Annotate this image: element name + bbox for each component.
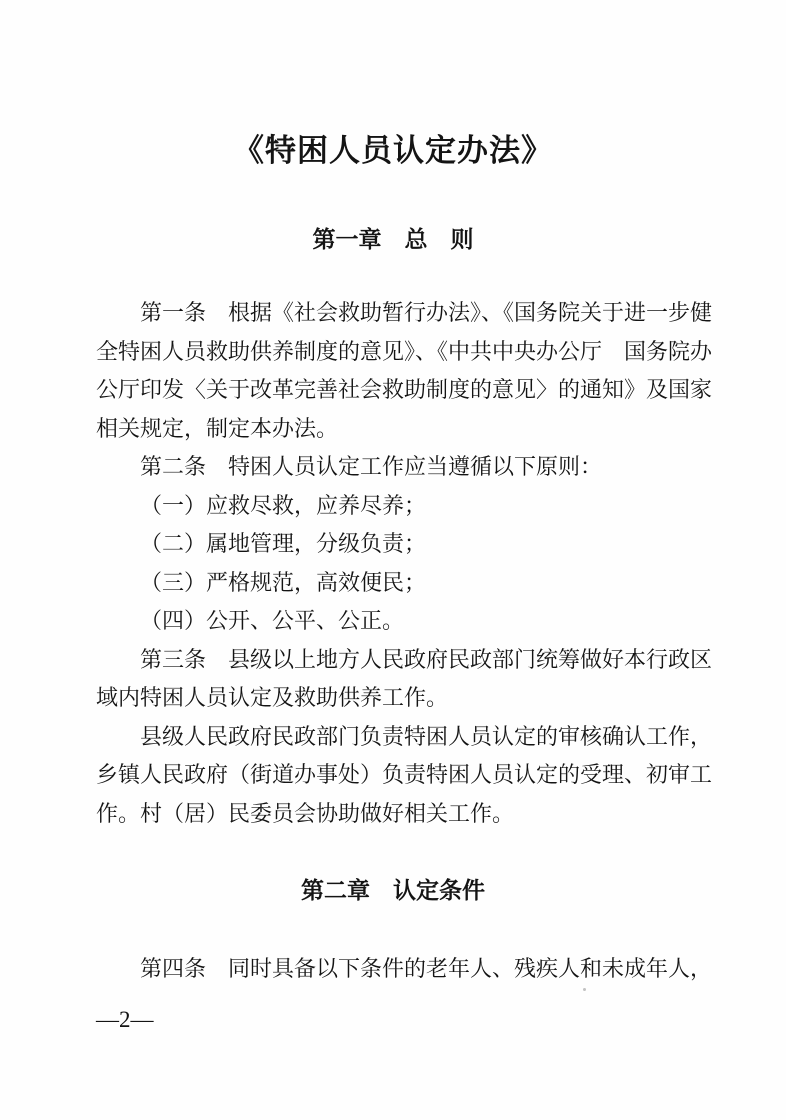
- document-page: 《特困人员认定办法》 第一章 总 则 第一条 根据《社会救助暂行办法》、《国务院…: [0, 0, 786, 1120]
- paragraph-article-3: 第三条 县级以上地方人民政府民政部门统筹做好本行政区域内特困人员认定及救助供养工…: [96, 641, 712, 718]
- list-item-4: （四）公开、公平、公正。: [96, 602, 712, 641]
- paragraph-article-3-continued: 县级人民政府民政部门负责特困人员认定的审核确认工作，乡镇人民政府（街道办事处）负…: [96, 718, 712, 834]
- chapter-2-body: 第四条 同时具备以下条件的老年人、残疾人和未成年人，: [0, 950, 786, 989]
- paragraph-article-1: 第一条 根据《社会救助暂行办法》、《国务院关于进一步健全特困人员救助供养制度的意…: [96, 294, 712, 448]
- list-item-3: （三）严格规范，高效便民；: [96, 564, 712, 603]
- paragraph-article-4: 第四条 同时具备以下条件的老年人、残疾人和未成年人，: [96, 950, 712, 989]
- document-title: 《特困人员认定办法》: [0, 0, 786, 170]
- scan-speck: [583, 988, 586, 991]
- paragraph-article-2: 第二条 特困人员认定工作应当遵循以下原则：: [96, 448, 712, 487]
- chapter-1-heading: 第一章 总 则: [0, 226, 786, 252]
- chapter-1-body: 第一条 根据《社会救助暂行办法》、《国务院关于进一步健全特困人员救助供养制度的意…: [0, 294, 786, 833]
- list-item-1: （一）应救尽救，应养尽养；: [96, 487, 712, 526]
- page-number: —2—: [0, 1007, 786, 1033]
- list-item-2: （二）属地管理，分级负责；: [96, 525, 712, 564]
- chapter-2-heading: 第二章 认定条件: [0, 877, 786, 903]
